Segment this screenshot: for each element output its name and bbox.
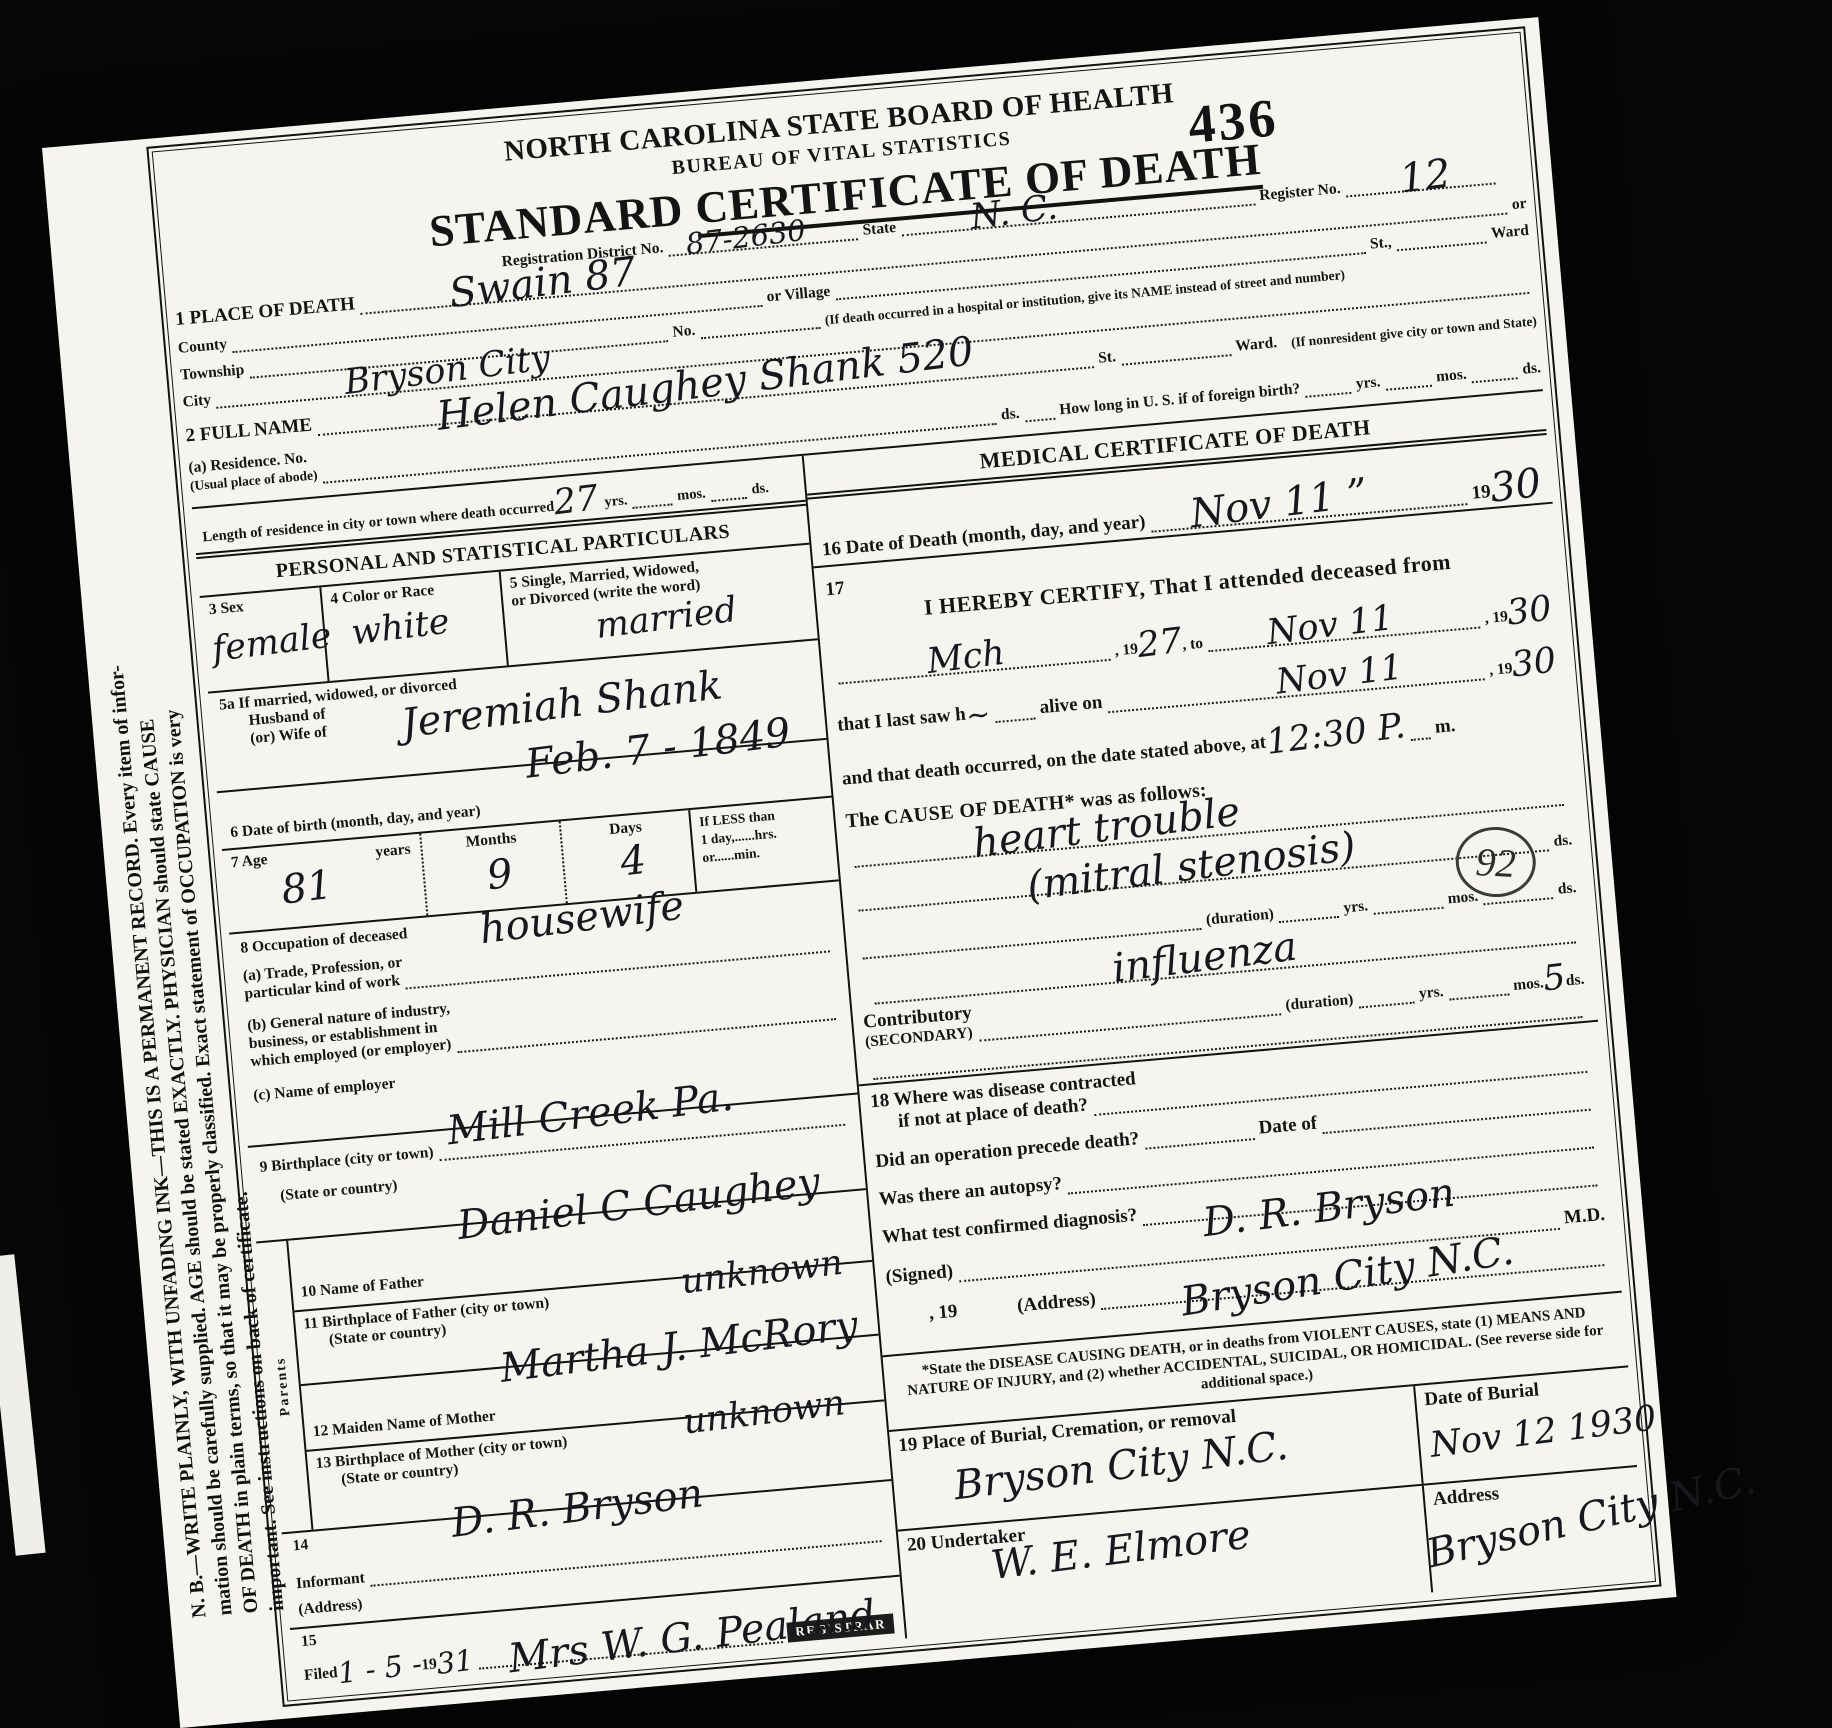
race-value: white	[349, 605, 451, 652]
mos-label: mos.	[1512, 974, 1544, 995]
register-no-value: 12	[1398, 154, 1453, 200]
informant-address-label: (Address)	[298, 1596, 364, 1620]
test-label: What test confirmed diagnosis?	[881, 1205, 1138, 1249]
yrs-label: yrs.	[1343, 897, 1369, 917]
death-time-value: 12:30 P.	[1264, 709, 1407, 761]
dotted-line	[1385, 372, 1432, 391]
burial-date-label: Date of Burial	[1423, 1379, 1539, 1410]
attended-from-field: Mch	[837, 646, 1110, 685]
state-label: State	[862, 219, 897, 240]
or-label: or	[1511, 195, 1527, 214]
sex-cell: 3 Sex female	[200, 587, 330, 691]
date-of-label: Date of	[1258, 1113, 1318, 1140]
age-label: 7 Age	[230, 851, 268, 871]
ds-label: ds.	[1522, 359, 1542, 379]
alive-on-label: alive on	[1039, 692, 1103, 719]
burial-date-value: Nov 12 1930	[1428, 1401, 1658, 1463]
mos-label: mos.	[677, 486, 707, 505]
personal-column: Length of residence in city or town wher…	[192, 456, 907, 1692]
age-days-value: 4	[618, 840, 648, 883]
st-label: St.,	[1369, 234, 1392, 254]
ds-label: ds.	[1000, 405, 1020, 425]
undertaker-address-cell: Address Bryson City N.C.	[1422, 1467, 1647, 1592]
or-village-label: or Village	[766, 283, 831, 306]
burial-date-cell: Date of Burial Nov 12 1930	[1413, 1367, 1637, 1483]
father-label: 10 Name of Father	[300, 1273, 425, 1302]
race-cell: 4 Color or Race white	[321, 572, 509, 681]
age-months-value: 9	[485, 853, 515, 896]
dotted-line	[1448, 980, 1509, 1000]
dotted-line	[1372, 894, 1443, 915]
date-of-death-year-value: 30	[1488, 463, 1543, 509]
age-years-value: 81	[279, 865, 334, 911]
comma-19-label: , 19	[1484, 608, 1509, 628]
duration-label: (duration)	[1285, 991, 1354, 1015]
dotted-line	[1278, 903, 1339, 923]
yrs-label: yrs.	[604, 492, 628, 511]
ds-label: ds.	[751, 480, 770, 498]
informant-number: 14	[292, 1536, 309, 1554]
form-columns: Length of residence in city or town wher…	[192, 389, 1646, 1692]
place-of-death-label: 1 PLACE OF DEATH	[175, 293, 356, 331]
comma-19-label: , 19	[1488, 660, 1513, 680]
alive-year-value: 30	[1510, 643, 1558, 683]
state-value: N. C.	[968, 190, 1059, 235]
address-label: (Address)	[1016, 1289, 1096, 1318]
scan-background: N. B.—WRITE PLAINLY, WITH UNFADING INK—T…	[0, 0, 1832, 1728]
contributory-months-value: 5	[1541, 960, 1567, 997]
cause-code-value: 92	[1475, 837, 1517, 886]
attended-to-value: Nov 11	[1265, 601, 1395, 651]
sex-label: 3 Sex	[208, 598, 244, 618]
filed-value: 1 - 5 -	[336, 1649, 423, 1688]
state-country-label: (State or country)	[279, 1177, 398, 1205]
last-saw-mark: ~	[964, 699, 992, 731]
ds-label: ds.	[1565, 971, 1585, 991]
attended-from-value: Mch	[925, 636, 1007, 680]
dotted-line	[1358, 989, 1415, 1009]
dotted-line	[700, 314, 821, 339]
dotted-line	[1396, 228, 1487, 251]
ward-label: Ward.	[1235, 334, 1278, 356]
certify-number: 17	[825, 578, 846, 602]
dotted-line	[632, 490, 673, 508]
dotted-line	[710, 484, 747, 502]
yrs-label: yrs.	[1418, 983, 1444, 1003]
informant-label: Informant	[295, 1569, 365, 1593]
cause-intro-pre: The	[845, 807, 885, 832]
duration-label: (duration)	[1205, 906, 1274, 930]
year-printed: 19	[1471, 481, 1492, 505]
alive-on-field: Nov 11	[1107, 665, 1485, 713]
race-label: 4 Color or Race	[330, 582, 435, 608]
dotted-line	[1305, 379, 1352, 398]
from-year-value: 27	[1136, 624, 1184, 664]
to-year-value: 30	[1506, 592, 1554, 632]
page-number: 436	[1186, 86, 1281, 156]
registrar-signature: Mrs W. G. Pealand	[506, 1595, 878, 1680]
dotted-line	[1471, 364, 1518, 383]
city-label: City	[182, 391, 212, 411]
dotted-line	[995, 705, 1036, 723]
operation-field	[1144, 1125, 1255, 1150]
years-label: years	[375, 841, 412, 862]
less-than-day-cell: If LESS than 1 day,......hrs. or......mi…	[690, 798, 839, 892]
comma-19-label: , 19	[1114, 640, 1139, 660]
filed-year-value: 31	[435, 1646, 475, 1679]
undertaker-value: W. E. Elmore	[989, 1515, 1253, 1587]
certificate-form: 436 NORTH CAROLINA STATE BOARD OF HEALTH…	[146, 26, 1661, 1707]
occupation-c-label: (c) Name of employer	[253, 1075, 396, 1105]
last-saw-label: that I last saw h	[836, 704, 966, 737]
time-suffix-label: m.	[1434, 715, 1456, 739]
signed-label: (Signed)	[885, 1261, 954, 1289]
mos-label: mos.	[1435, 366, 1467, 387]
ward-label: Ward	[1490, 222, 1529, 243]
months-label: Months	[465, 829, 517, 850]
medical-column: MEDICAL CERTIFICATE OF DEATH 16 Date of …	[804, 391, 1647, 1638]
less-label-3: or......min.	[702, 845, 761, 865]
st-label: St.	[1098, 348, 1117, 367]
sex-value: female	[210, 619, 333, 668]
length-value: 27	[552, 481, 600, 521]
ds-label: ds.	[1553, 831, 1573, 851]
md-label: M.D.	[1563, 1204, 1606, 1230]
township-label: Township	[180, 361, 245, 385]
attended-to-field: Nov 11	[1207, 614, 1480, 653]
operation-label: Did an operation precede death?	[875, 1128, 1141, 1173]
certificate-paper: N. B.—WRITE PLAINLY, WITH UNFADING INK—T…	[42, 17, 1677, 1728]
filed-field: Mrs W. G. Pealand	[478, 1628, 783, 1670]
certification-block: 17 I HEREBY CERTIFY, That I attended dec…	[814, 504, 1598, 1087]
county-label: County	[177, 336, 227, 358]
ds-label: ds.	[1557, 879, 1577, 899]
address-19-label: , 19	[928, 1301, 958, 1325]
to-label: , to	[1182, 635, 1204, 655]
full-name-label: 2 FULL NAME	[185, 415, 313, 448]
dotted-line	[1120, 341, 1231, 366]
adjacent-page-edge	[0, 1254, 46, 1555]
days-label: Days	[608, 818, 642, 838]
autopsy-label: Was there an autopsy?	[878, 1173, 1063, 1211]
birthplace-label: 9 Birthplace (city or town)	[259, 1144, 434, 1177]
alive-on-value: Nov 11	[1274, 650, 1404, 700]
parents-block: Parents Daniel C Caughey 10 Name of Fath…	[256, 1190, 891, 1534]
age-years-cell: 7 Age years 81	[222, 834, 428, 933]
parents-label: Parents	[273, 1356, 294, 1417]
dotted-line	[1024, 405, 1055, 423]
less-label-2: 1 day,......hrs.	[700, 826, 777, 848]
no-label: No.	[672, 322, 696, 342]
undertaker-address-label: Address	[1432, 1483, 1500, 1510]
filed-number: 15	[300, 1632, 317, 1650]
dotted-line	[1410, 724, 1431, 741]
filed-label: Filed	[303, 1664, 338, 1685]
dotted-line	[1322, 1096, 1591, 1134]
yrs-label: yrs.	[1355, 373, 1381, 393]
